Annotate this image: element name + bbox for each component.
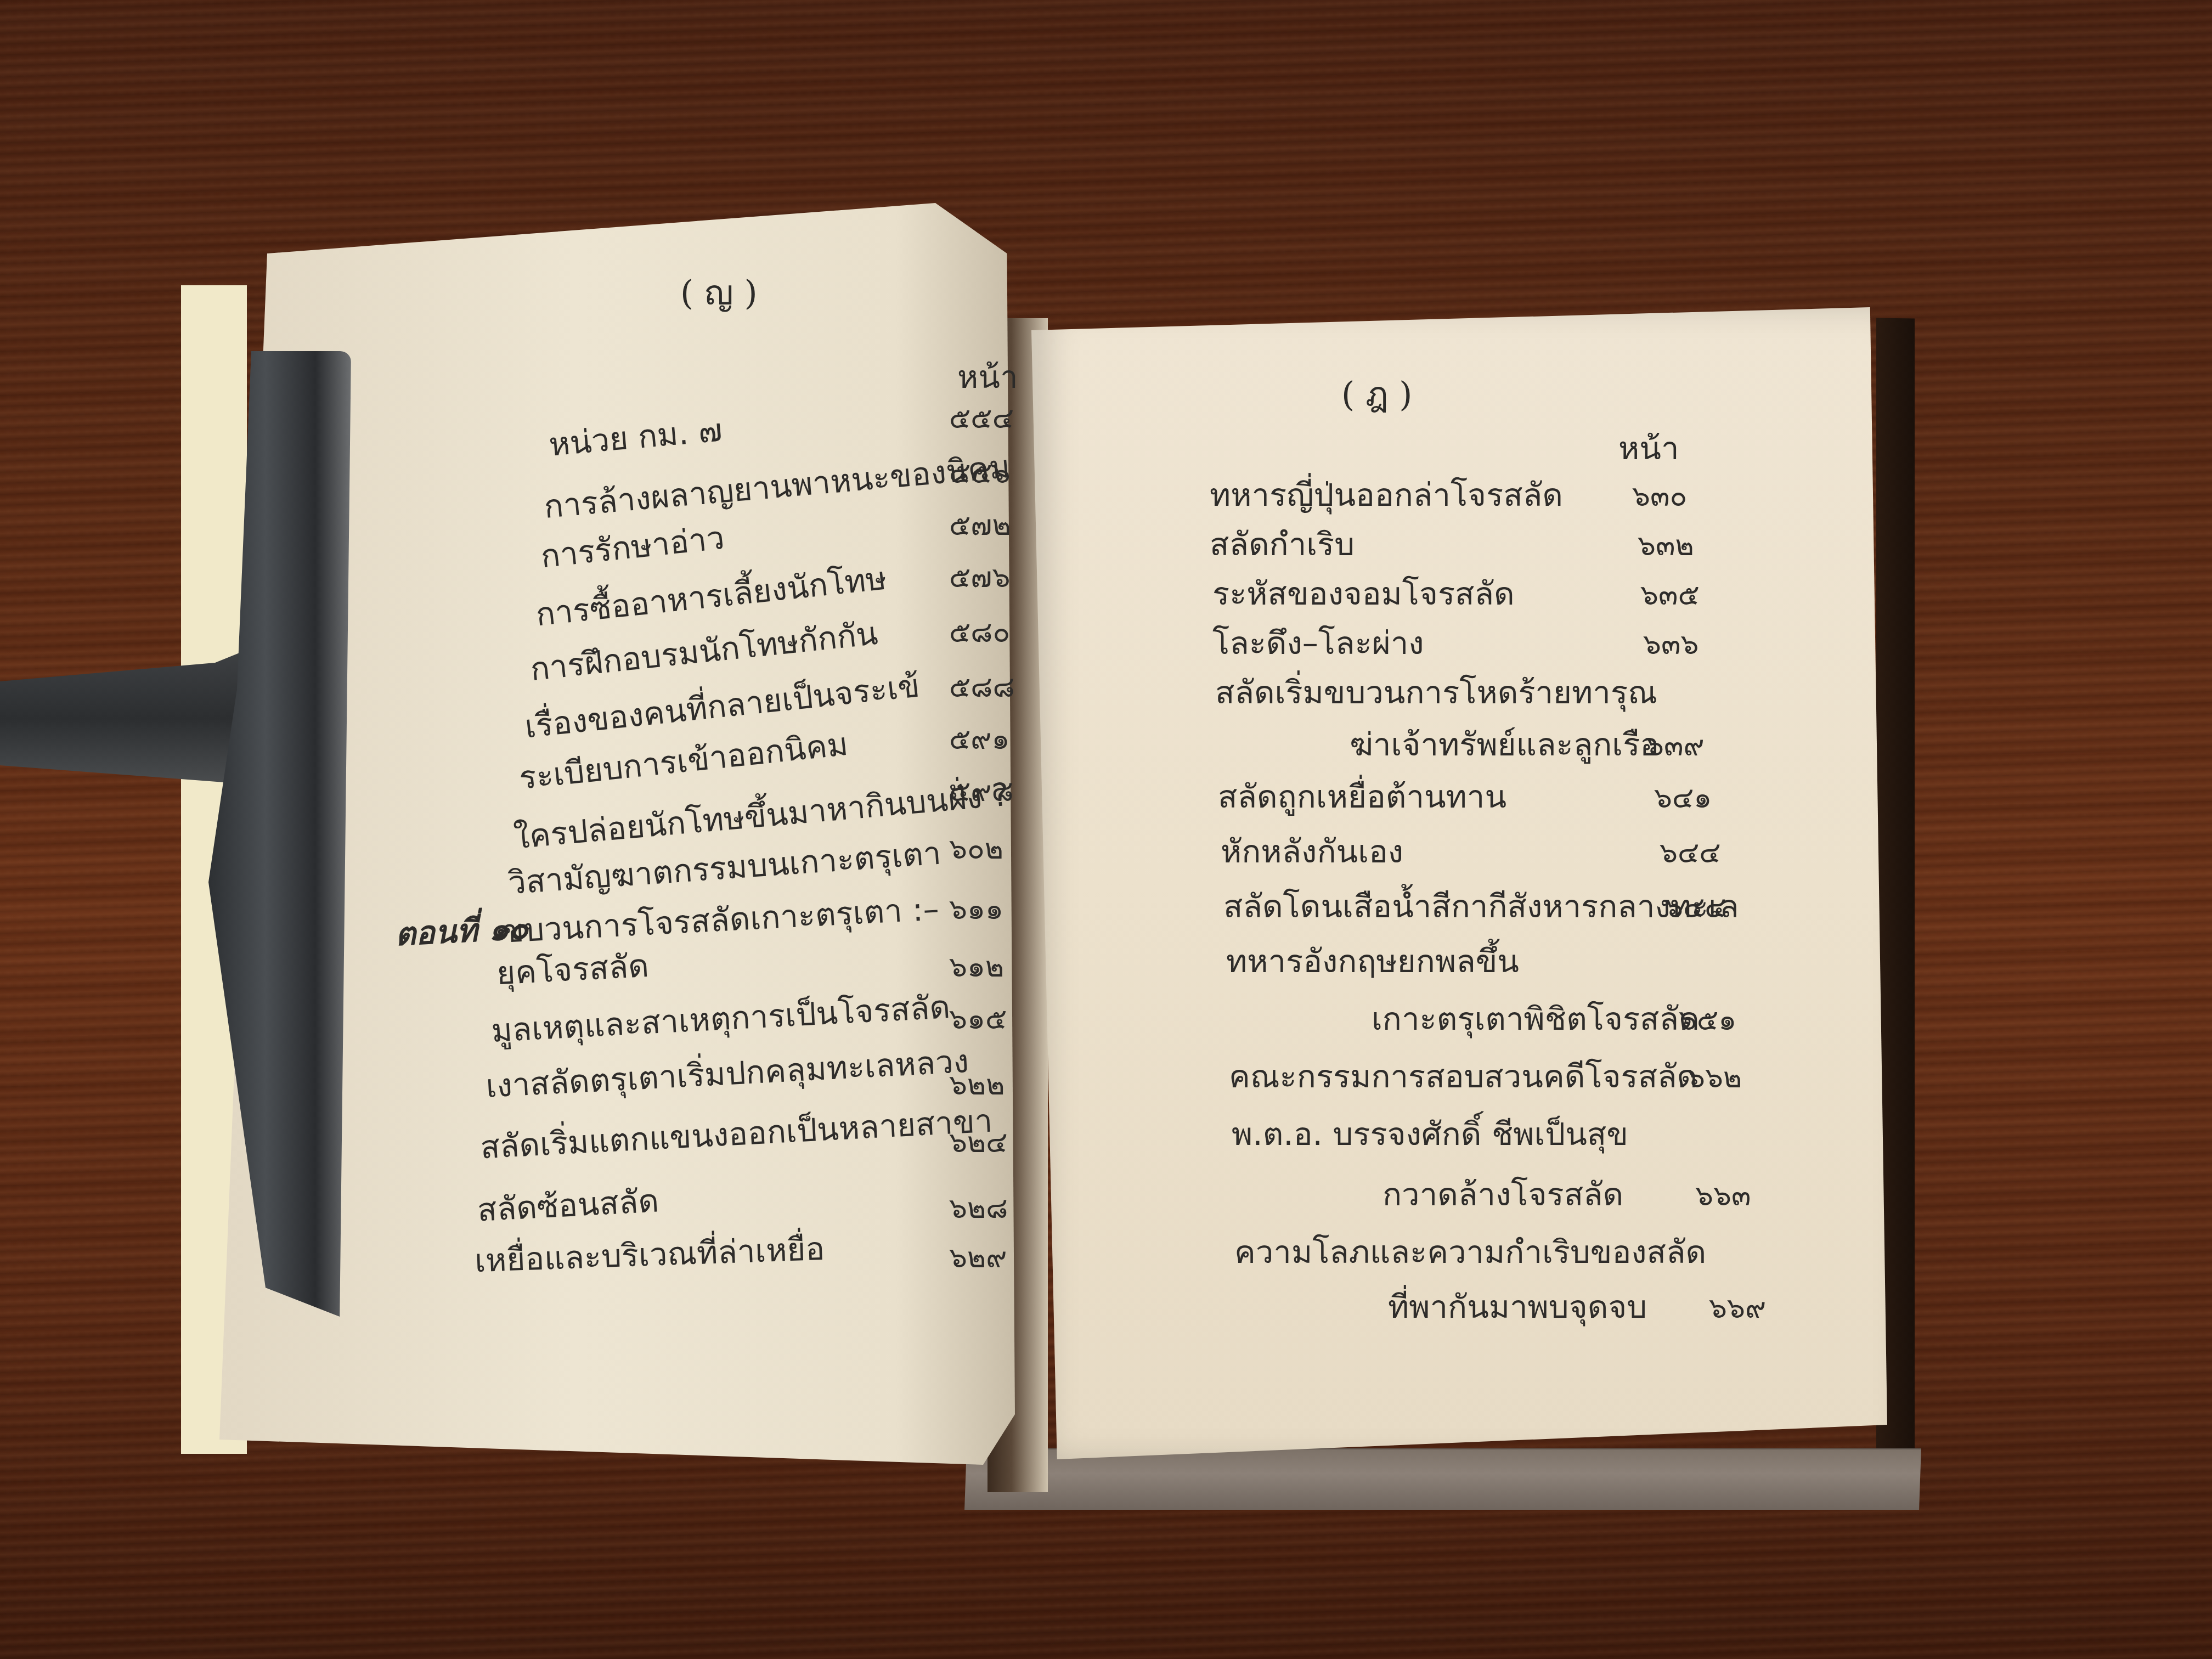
toc-entry-page: ๖๓๕ (1640, 572, 1700, 617)
toc-entry-title: ยุคโจรสลัด (495, 940, 650, 998)
toc-entry-page: ๕๘๐ (949, 609, 1010, 654)
toc-entry-page: ๖๐๒ (949, 826, 1003, 871)
toc-entry-title: หักหลังกันเอง (1221, 826, 1403, 877)
toc-entry-title: ทหารอังกฤษยกพลขึ้น (1226, 935, 1519, 986)
toc-entry-title: สลัดโดนเสือน้ำสีกากีสังหารกลางทะเล (1223, 881, 1739, 932)
toc-entry-title: ที่พากันมาพบจุดจบ (1388, 1281, 1647, 1332)
toc-entry-page: ๖๓๐ (1632, 473, 1687, 518)
toc-entry-page: ๕๗๒ (949, 502, 1011, 548)
toc-entry-page: ๖๒๘ (949, 1185, 1008, 1231)
toc-entry-page: ๕๕๔ (949, 395, 1014, 441)
toc-entry-page: ๖๔๔ (1665, 884, 1726, 930)
toc-entry-page: ๖๓๒ (1638, 522, 1694, 568)
left-page-marker: ( ญ ) (680, 266, 758, 320)
toc-entry-title: สลัดกำเริบ (1210, 518, 1355, 569)
right-page-marker: ( ฎ ) (1341, 368, 1412, 421)
toc-entry-page: ๖๑๕ (949, 996, 1007, 1041)
toc-entry-title: คณะกรรมการสอบสวนคดีโจรสลัด (1229, 1051, 1697, 1102)
toc-entry-title: ความโลภและความกำเริบของสลัด (1234, 1226, 1706, 1277)
toc-entry-page: ๖๑๑ (949, 886, 1003, 932)
toc-entry-page: ๖๒๙ (949, 1234, 1007, 1280)
toc-entry-page: ๖๒๔ (949, 1119, 1008, 1165)
right-page-column-header: หน้า (1618, 422, 1679, 473)
toc-entry-page: ๖๔๑ (1654, 775, 1712, 820)
toc-entry-title: เกาะตรุเตาพิชิตโจรสลัด (1372, 993, 1700, 1044)
toc-entry-title: ทหารญี่ปุ่นออกล่าโจรสลัด (1210, 469, 1563, 520)
toc-entry-page: ๖๑๒ (949, 944, 1004, 989)
toc-entry-page: ๖๖๙ (1709, 1285, 1766, 1330)
toc-entry-title: สลัดเริ่มขบวนการโหดร้ายทารุณ (1215, 667, 1657, 718)
toc-entry-page: ๕๘๘ (949, 664, 1015, 709)
toc-entry-page: ๖๖๓ (1695, 1172, 1751, 1218)
toc-entry-page: ๖๓๖ (1643, 621, 1699, 667)
toc-entry-title: สลัดซ้อนสลัด (476, 1175, 660, 1235)
toc-entry-title: ระหัสของจอมโจรสลัด (1212, 568, 1515, 619)
toc-entry-page: ๕๗๖ (949, 554, 1010, 600)
toc-entry-page: ๖๔๔ (1660, 830, 1721, 875)
toc-entry-page: ๕๙๘ (949, 768, 1014, 814)
toc-entry-page: ๖๓๙ (1646, 723, 1705, 768)
toc-entry-page: ๕๕๖ (949, 450, 1011, 495)
book-page-block (964, 1448, 1921, 1510)
toc-entry-title: ฆ่าเจ้าทรัพย์และลูกเรือ (1350, 719, 1659, 770)
toc-entry-page: ๕๙๑ (949, 716, 1009, 761)
toc-entry-title: กวาดล้างโจรสลัด (1383, 1169, 1623, 1220)
toc-entry-title: พ.ต.อ. บรรจงศักดิ์ ชีพเป็นสุข (1232, 1108, 1628, 1159)
toc-entry-page: ๖๕๑ (1679, 997, 1736, 1042)
toc-entry-title: สลัดถูกเหยื่อต้านทาน (1218, 771, 1506, 822)
toc-entry-page: ๖๖๒ (1687, 1054, 1742, 1100)
toc-entry-title: โละดึง–โละผ่าง (1212, 617, 1424, 668)
